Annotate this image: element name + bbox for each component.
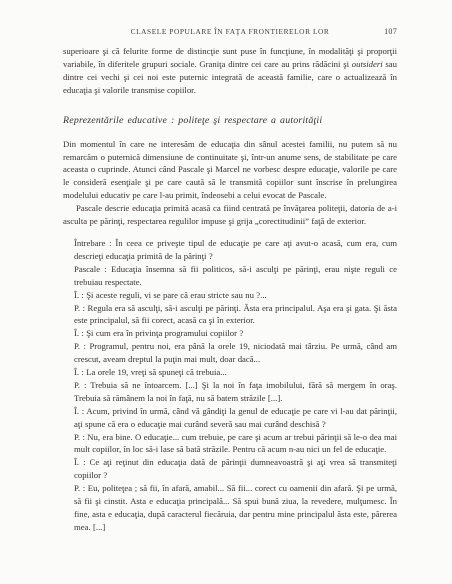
body-paragraph: Din momentul în care ne interesăm de edu… xyxy=(63,138,397,203)
interview-turn: P. : Eu, politeţea ; să fii, în afară, a… xyxy=(74,482,397,534)
text-column: CLASELE POPULARE ÎN FAŢA FRONTIERELOR LO… xyxy=(63,27,397,534)
intro-paragraph: superioare şi că felurite forme de disti… xyxy=(63,45,397,97)
interview-turn: Î. : La orele 19, vreţi să spuneţi că tr… xyxy=(74,366,397,379)
body-paragraph: Pascale descrie educaţia primită acasă c… xyxy=(63,202,397,228)
section-heading: Reprezentările educative : politeţe şi r… xyxy=(63,115,397,126)
page-header: CLASELE POPULARE ÎN FAŢA FRONTIERELOR LO… xyxy=(63,27,397,38)
interview-turn: Î. : Şi cum era în privinţa programului … xyxy=(74,327,397,340)
interview-turn: Î. : Ce aţi reţinut din educaţia dată de… xyxy=(74,456,397,482)
interview-turn: Pascale : Educaţia însemna să fii politi… xyxy=(74,263,397,289)
foreign-term: outsideri xyxy=(352,59,383,69)
intro-text-before: superioare şi că felurite forme de disti… xyxy=(63,46,397,69)
interview-turn: Întrebare : În ceea ce priveşte tipul de… xyxy=(74,237,397,263)
interview-turn: Î. : Şi aceste reguli, vi se pare că era… xyxy=(74,289,397,302)
book-page: CLASELE POPULARE ÎN FAŢA FRONTIERELOR LO… xyxy=(0,0,452,584)
page-number: 107 xyxy=(384,27,397,36)
interview-turn: P. : Programul, pentru noi, era până la … xyxy=(74,340,397,366)
running-title: CLASELE POPULARE ÎN FAŢA FRONTIERELOR LO… xyxy=(131,27,330,36)
interview-turn: P. : Regula era să asculţi, să-i asculţi… xyxy=(74,302,397,328)
interview-turn: P. : Nu, era bine. O educaţie... cum tre… xyxy=(74,431,397,457)
interview-block: Întrebare : În ceea ce priveşte tipul de… xyxy=(74,237,397,534)
interview-turn: P. : Trebuia să ne întoarcem. [...] Şi l… xyxy=(74,379,397,405)
interview-turn: Î. : Acum, privind în urmă, când vă gând… xyxy=(74,405,397,431)
